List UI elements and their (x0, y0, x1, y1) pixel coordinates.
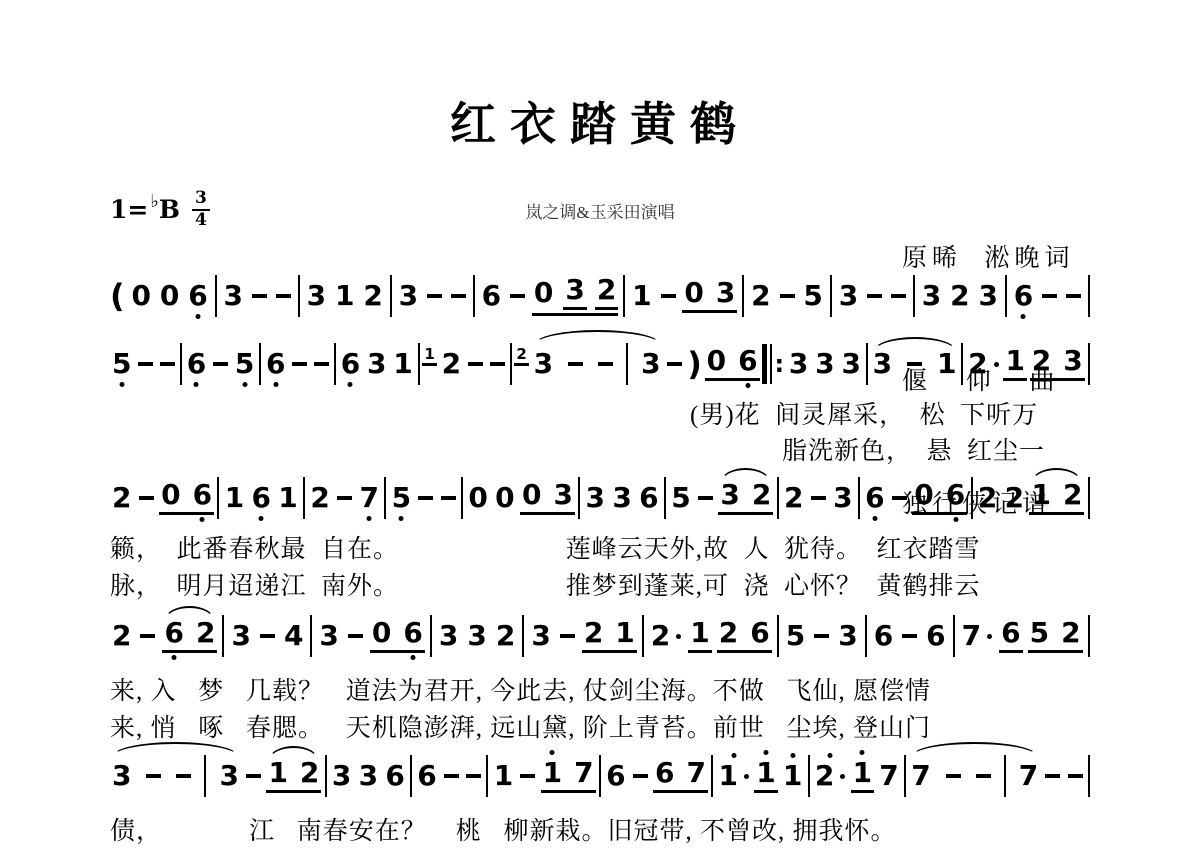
octave-dot-above (828, 753, 833, 758)
note-digit: 0 (161, 481, 180, 509)
note: 2 (813, 762, 847, 790)
note-digit: 3 (565, 276, 584, 304)
duration-dash (1066, 294, 1081, 298)
note-digit: 3 (307, 282, 326, 310)
note: 2 (582, 619, 605, 647)
note: 3 (217, 762, 240, 790)
note: 3 (871, 350, 894, 378)
note: 3 (465, 622, 488, 650)
note: 2 (110, 484, 133, 512)
note: 1 (276, 484, 299, 512)
note-digit: 3 (641, 350, 660, 378)
note: 3 (836, 622, 859, 650)
note-digit: 2 (1063, 481, 1082, 509)
note-digit: 6 (164, 619, 183, 647)
duration-dash (907, 362, 922, 366)
octave-dot-above (550, 750, 555, 755)
note: 1 (935, 350, 958, 378)
note: 2 (494, 622, 517, 650)
note: 3 (1061, 347, 1084, 375)
note: 3 (365, 350, 388, 378)
barline (953, 615, 955, 657)
octave-dot-below (273, 382, 278, 387)
beam-group: 21 (582, 619, 637, 653)
duration-dash (314, 362, 329, 366)
note-digit: 4 (284, 622, 303, 650)
note-digit: 1 (393, 350, 412, 378)
note-digit: 3 (231, 622, 250, 650)
note-digit: 5 (786, 622, 805, 650)
note-digit: 1 (543, 759, 562, 787)
note-digit: 6 (750, 619, 769, 647)
note: 2 (782, 484, 805, 512)
note-digit: 1 (756, 759, 775, 787)
duration-dash (276, 294, 291, 298)
rest: 0 (520, 481, 543, 509)
note-digit: 3 (1063, 347, 1082, 375)
note-digit: 6 (874, 622, 893, 650)
repeat-sign: : (762, 344, 784, 384)
beam-group: 26 (717, 619, 772, 653)
barline (486, 755, 488, 797)
note-digit: 2 (950, 282, 969, 310)
note-digit: 3 (922, 282, 941, 310)
duration-dash (138, 362, 153, 366)
octave-dot-below (200, 517, 205, 522)
performers: 岚之调&玉采田演唱 (0, 198, 1200, 223)
note: 6 (748, 619, 771, 647)
barline (961, 343, 963, 385)
note-digit: 1 (225, 484, 244, 512)
note-digit: 1 (268, 759, 287, 787)
duration-dash (139, 496, 154, 500)
octave-dot-below (399, 516, 404, 521)
note-digit: 3 (833, 484, 852, 512)
note-digit: 2 (310, 484, 329, 512)
octave-dot-below (1021, 314, 1026, 319)
note-digit: 5 (803, 282, 822, 310)
note-digit: 2 (651, 622, 670, 650)
barline (510, 343, 512, 385)
note: 1 (630, 282, 653, 310)
barline (808, 755, 810, 797)
note: 6 (604, 762, 627, 790)
note-digit: 2 (516, 347, 526, 362)
note: 5 (669, 484, 692, 512)
note: 1 (613, 619, 636, 647)
note-digit: 1 (1031, 481, 1050, 509)
note: 6 (186, 282, 209, 310)
duration-dash (814, 634, 829, 638)
note: 6 (653, 759, 676, 787)
note: 3 (229, 622, 252, 650)
barline (384, 477, 386, 519)
note: 3 (837, 282, 860, 310)
barline (642, 615, 644, 657)
duration-dash (667, 362, 682, 366)
duration-dash (348, 634, 363, 638)
lyric-row: 脉， 明月迢递江 南外。 推梦到蓬莱,可 浇 心怀？ 黄鹤排云 (110, 566, 981, 602)
duration-dash (140, 634, 155, 638)
note: 3 (639, 350, 662, 378)
note-digit: 6 (655, 759, 674, 787)
note: 3 (397, 282, 420, 310)
duration-dash (427, 294, 442, 298)
barline (215, 275, 217, 317)
note: 3 (584, 484, 607, 512)
note: 3 (357, 762, 380, 790)
slur-group: 62 (162, 619, 217, 653)
beam-group: 06 (705, 347, 760, 381)
note: 7 (685, 759, 708, 787)
barline (623, 275, 625, 317)
note-digit: 1 (718, 762, 737, 790)
note-digit: 5 (235, 350, 254, 378)
note-digit: 7 (879, 762, 898, 790)
octave-dot-below (172, 655, 177, 660)
slur-group: 32 (718, 481, 773, 515)
barline (599, 755, 601, 797)
note: 3 (976, 282, 999, 310)
duration-dash (698, 496, 713, 500)
duration-dash (892, 496, 907, 500)
note: 2 (194, 619, 217, 647)
note-digit: 3 (399, 282, 418, 310)
repeat-thick-bar (762, 344, 767, 384)
note: 5 (784, 622, 807, 650)
note-digit: 6 (417, 762, 436, 790)
duration-dash (780, 294, 795, 298)
note-digit: 3 (219, 762, 238, 790)
duration-dash (160, 362, 175, 366)
note: 2 (308, 484, 331, 512)
note-digit: 3 (359, 762, 378, 790)
barline (742, 275, 744, 317)
note-digit: 2 (751, 282, 770, 310)
duration-dash (246, 774, 261, 778)
note-digit: 2 (968, 350, 987, 378)
note-digit: 1 (615, 619, 634, 647)
note-digit: 6 (1001, 619, 1020, 647)
duration-dash (891, 294, 906, 298)
barline (830, 275, 832, 317)
note: 2 (948, 282, 971, 310)
note-digit: 1 (424, 347, 434, 362)
octave-dot-below (367, 516, 372, 521)
note-digit: 5 (671, 484, 690, 512)
note-digit: 1 (632, 282, 651, 310)
note: 3 (714, 279, 737, 307)
note: 5 (1028, 619, 1051, 647)
note-digit: 1 (853, 759, 872, 787)
note: 3 (831, 484, 854, 512)
note: 6 (637, 484, 660, 512)
duration-dash (867, 294, 882, 298)
duration-dash (633, 774, 648, 778)
rest: 0 (466, 484, 489, 512)
barline (866, 343, 868, 385)
note-digit: 1 (690, 619, 709, 647)
barline (418, 343, 420, 385)
rest: 0 (493, 484, 516, 512)
note: 3 (920, 282, 943, 310)
lyric-row: 债， 江 南春安在？ 桃 柳新栽。旧冠带, 不曾改, 拥我怀。 (110, 811, 897, 847)
note: 7 (1017, 762, 1040, 790)
note: 6 (1012, 282, 1035, 310)
note: 6 (999, 619, 1022, 653)
beam-group: 67 (653, 759, 708, 793)
note-digit: 3 (873, 350, 892, 378)
note: 7 (358, 484, 381, 512)
note-digit: 3 (841, 350, 860, 378)
parenthesis: ) (687, 348, 702, 380)
note-digit: 3 (112, 762, 131, 790)
note-digit: 2 (496, 622, 515, 650)
barline (777, 615, 779, 657)
note: 6 (250, 484, 273, 512)
note: 2 (1059, 619, 1082, 647)
note-digit: 7 (574, 759, 593, 787)
augmentation-dot (744, 774, 749, 779)
duration-dash (466, 774, 481, 778)
note: 1 (492, 762, 515, 790)
duration-dash (468, 362, 483, 366)
duration-dash (441, 496, 456, 500)
duration-dash (510, 294, 525, 298)
music-line-5: 3312336611766711121777 (110, 752, 1090, 800)
duration-dash (568, 362, 583, 366)
note: 7 (960, 622, 994, 650)
duration-dash (337, 496, 352, 500)
grace-note: 2 (514, 347, 528, 364)
note-digit: 3 (439, 622, 458, 650)
note-digit: 5 (112, 350, 131, 378)
note-digit: 3 (531, 622, 550, 650)
music-line-2: 565663112233)06:333312123 (110, 340, 1090, 388)
note-digit: 2 (363, 282, 382, 310)
note: 3 (551, 481, 574, 509)
barline (1088, 755, 1090, 797)
barline (390, 275, 392, 317)
note: 7 (572, 759, 595, 787)
note-digit: 6 (341, 350, 360, 378)
octave-dot-above (790, 753, 795, 758)
note: 3 (718, 481, 741, 509)
duration-dash (252, 294, 267, 298)
barline (626, 343, 628, 385)
duration-dash (520, 774, 535, 778)
note: 2 (1003, 484, 1026, 512)
octave-dot-below (348, 382, 353, 387)
note-digit: 2 (300, 759, 319, 787)
note-digit: 6 (946, 481, 965, 509)
duration-dash (598, 362, 613, 366)
octave-dot-above (860, 750, 865, 755)
octave-dot-above (763, 750, 768, 755)
duration-dash (176, 774, 191, 778)
note: 2 (749, 282, 772, 310)
beam-group: 032 (532, 276, 618, 316)
note-digit: 0 (160, 282, 179, 310)
note-digit: 3 (838, 622, 857, 650)
note-digit: 3 (534, 350, 553, 378)
note: 6 (415, 762, 438, 790)
note: 2 (966, 350, 1000, 378)
barline (310, 615, 312, 657)
parenthesis: ( (110, 280, 125, 312)
note: 3 (330, 762, 353, 790)
barline (1004, 755, 1006, 797)
note: 1 (688, 619, 711, 653)
note-digit: 0 (468, 484, 487, 512)
note: 5 (801, 282, 824, 310)
barline (180, 343, 182, 385)
barline (1088, 343, 1090, 385)
duration-dash (661, 294, 676, 298)
slur-group: 33 (532, 343, 663, 385)
barline (904, 755, 906, 797)
note-digit: 3 (978, 282, 997, 310)
rest: 0 (159, 481, 182, 509)
note-digit: 6 (193, 481, 212, 509)
note-digit: 6 (385, 762, 404, 790)
note: 3 (563, 276, 586, 310)
rest: 0 (705, 347, 728, 375)
note-digit: 7 (911, 762, 930, 790)
note-digit: 3 (553, 481, 572, 509)
note-digit: 6 (187, 350, 206, 378)
note: 1 (223, 484, 246, 512)
note: 1 (1029, 481, 1052, 509)
note-digit: 2 (597, 276, 616, 304)
duration-dash (146, 774, 161, 778)
note: 6 (924, 622, 947, 650)
duration-dash (292, 362, 307, 366)
note: 3 (532, 350, 555, 378)
octave-dot-below (872, 516, 877, 521)
note: 1 (851, 759, 874, 793)
octave-dot-below (259, 516, 264, 521)
note-digit: 2 (752, 481, 771, 509)
note-digit: 2 (196, 619, 215, 647)
note: 3 (110, 762, 133, 790)
note: 1 (1003, 347, 1026, 381)
octave-dot-above (731, 753, 736, 758)
note-digit: 5 (1030, 619, 1049, 647)
duration-dash (451, 294, 466, 298)
barline (1088, 477, 1090, 519)
note-digit: 3 (467, 622, 486, 650)
barline (325, 755, 327, 797)
beam-group: 03 (520, 481, 575, 515)
note-digit: 7 (687, 759, 706, 787)
barline (222, 615, 224, 657)
barline (204, 755, 206, 797)
song-title: 红衣踏黄鹤 (0, 88, 1200, 154)
octave-dot-below (196, 314, 201, 319)
note-digit: 6 (926, 622, 945, 650)
lyric-row: 来, 悄 啄 春腮。 天机隐澎湃, 远山黛, 阶上青苔。前世 尘埃, 登山门 (110, 708, 931, 744)
note-digit: 3 (720, 481, 739, 509)
note: 3 (529, 622, 552, 650)
note-digit: 6 (865, 484, 884, 512)
note: 3 (305, 282, 328, 310)
duration-dash (946, 774, 961, 778)
barline (1005, 275, 1007, 317)
beam-group: 03 (682, 279, 737, 313)
barline (777, 477, 779, 519)
augmentation-dot (840, 774, 845, 779)
note: 1 (333, 282, 356, 310)
duration-dash (260, 634, 275, 638)
note-digit: 2 (1061, 619, 1080, 647)
note-digit: 6 (639, 484, 658, 512)
note: 3 (317, 622, 340, 650)
beam-group: 23 (1030, 347, 1085, 381)
note-digit: 2 (784, 484, 803, 512)
duration-dash (418, 496, 433, 500)
note: 2 (717, 619, 740, 647)
note-digit: 1 (278, 484, 297, 512)
lyric-row: 籁， 此番春秋最 自在。 莲峰云天外,故 人 犹待。 红衣踏雪 (110, 529, 981, 565)
note-digit: 2 (584, 619, 603, 647)
note-digit: 3 (612, 484, 631, 512)
note-digit: 3 (332, 762, 351, 790)
beam-group: 52 (1028, 619, 1083, 653)
rest: 0 (532, 279, 555, 307)
note: 1 (754, 759, 777, 793)
barline (259, 343, 261, 385)
grace-note: 1 (422, 347, 436, 364)
note: 2 (595, 276, 618, 310)
note: 2 (298, 759, 321, 787)
note: 3 (610, 484, 633, 512)
note: 6 (162, 619, 185, 647)
octave-dot-below (745, 383, 750, 388)
note-digit: 0 (372, 619, 391, 647)
note: 2 (750, 481, 773, 509)
lyric-row: (男)花 间灵犀采， 松 下听万 (690, 395, 1038, 431)
barline (298, 275, 300, 317)
note: 3 (787, 350, 810, 378)
note-digit: 1 (335, 282, 354, 310)
barline (334, 343, 336, 385)
repeat-dots: : (774, 352, 784, 376)
octave-dot-below (119, 382, 124, 387)
beam-group: 06 (912, 481, 967, 515)
note: 2 (1061, 481, 1084, 509)
note-digit: 0 (495, 484, 514, 512)
beam-group: 06 (159, 481, 214, 515)
note-digit: 1 (1005, 347, 1024, 375)
note-digit: 2 (1005, 484, 1024, 512)
duration-dash (444, 774, 459, 778)
note: 3 (839, 350, 862, 378)
note-digit: 7 (360, 484, 379, 512)
note: 1 (391, 350, 414, 378)
note-digit: 6 (188, 282, 207, 310)
barline (865, 615, 867, 657)
barline (664, 477, 666, 519)
duration-dash (902, 634, 917, 638)
note: 1 (541, 759, 564, 787)
rest: 0 (912, 481, 935, 509)
note: 3 (437, 622, 460, 650)
note-digit: 1 (494, 762, 513, 790)
octave-dot-below (242, 382, 247, 387)
barline (578, 477, 580, 519)
duration-dash (1042, 294, 1057, 298)
